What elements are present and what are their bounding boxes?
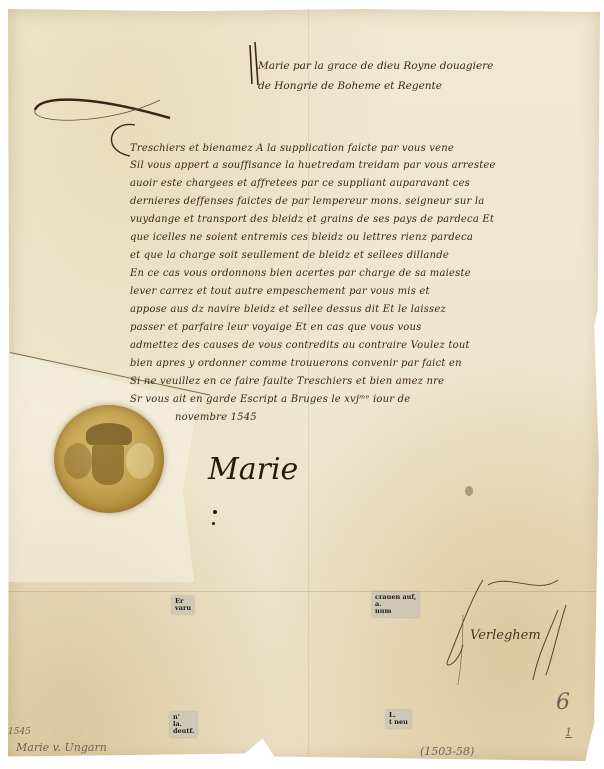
pencil-note-dates: (1503-58): [420, 745, 474, 758]
body-line: vuydange et transport des bleidz et grai…: [130, 214, 494, 225]
body-line: et que la charge soit seullement de blei…: [130, 250, 449, 261]
body-line: que icelles ne soient entremis ces bleid…: [130, 232, 473, 243]
body-line: dernieres deffenses faictes de par lempe…: [130, 196, 484, 207]
body-line: passer et parfaire leur voyaige Et en ca…: [130, 322, 422, 333]
ink-stain: [465, 486, 473, 496]
ink-dot: [212, 522, 215, 525]
letter-heading-line-1: Marie par la grace de dieu Royne douagie…: [258, 60, 493, 72]
printed-label-fragment-3: n' la. deutf.: [170, 712, 197, 737]
body-line: auoir este chargees et affretees par ce …: [130, 178, 470, 189]
pencil-note-mark: 1: [565, 726, 572, 739]
seal-eagle-wing-right-icon: [126, 443, 154, 479]
body-line: admettez des causes de vous contredits a…: [130, 340, 470, 351]
seal-crown-icon: [86, 423, 132, 445]
pencil-note-year: 1545: [8, 727, 31, 737]
body-line: En ce cas vous ordonnons bien acertes pa…: [130, 268, 471, 279]
body-line: Treschiers et bienamez A la supplication…: [130, 143, 454, 154]
body-line: Si ne veuillez en ce faire faulte Tresch…: [130, 376, 444, 387]
wax-seal: [54, 405, 164, 513]
printed-label-fragment-4: L. t neu: [386, 710, 411, 728]
initial-t-flourish-icon: [100, 120, 140, 160]
seal-eagle-wing-left-icon: [64, 443, 92, 479]
pencil-note-number: 6: [556, 690, 570, 715]
signature-marie: Marie: [208, 452, 298, 487]
pencil-note-name: Marie v. Ungarn: [16, 741, 107, 754]
body-line: appose aus dz navire bleidz et sellee de…: [130, 304, 446, 315]
body-line: Sil vous appert a souffisance la huetred…: [130, 160, 496, 171]
ink-dot: [213, 510, 217, 514]
body-line: Sr vous ait en garde Escript a Bruges le…: [130, 394, 410, 405]
countersignature-verleghem: Verleghem: [470, 628, 541, 643]
body-line: bien apres y ordonner comme trouuerons c…: [130, 358, 462, 369]
printed-label-fragment-1: Er varu: [172, 596, 194, 614]
body-line-date: novembre 1545: [175, 412, 257, 423]
body-line: lever carrez et tout autre empeschement …: [130, 286, 430, 297]
letter-heading-line-2: de Hongrie de Boheme et Regente: [258, 80, 442, 92]
printed-label-fragment-2: crauen auf, a. num: [372, 592, 419, 617]
seal-shield-icon: [92, 445, 124, 485]
